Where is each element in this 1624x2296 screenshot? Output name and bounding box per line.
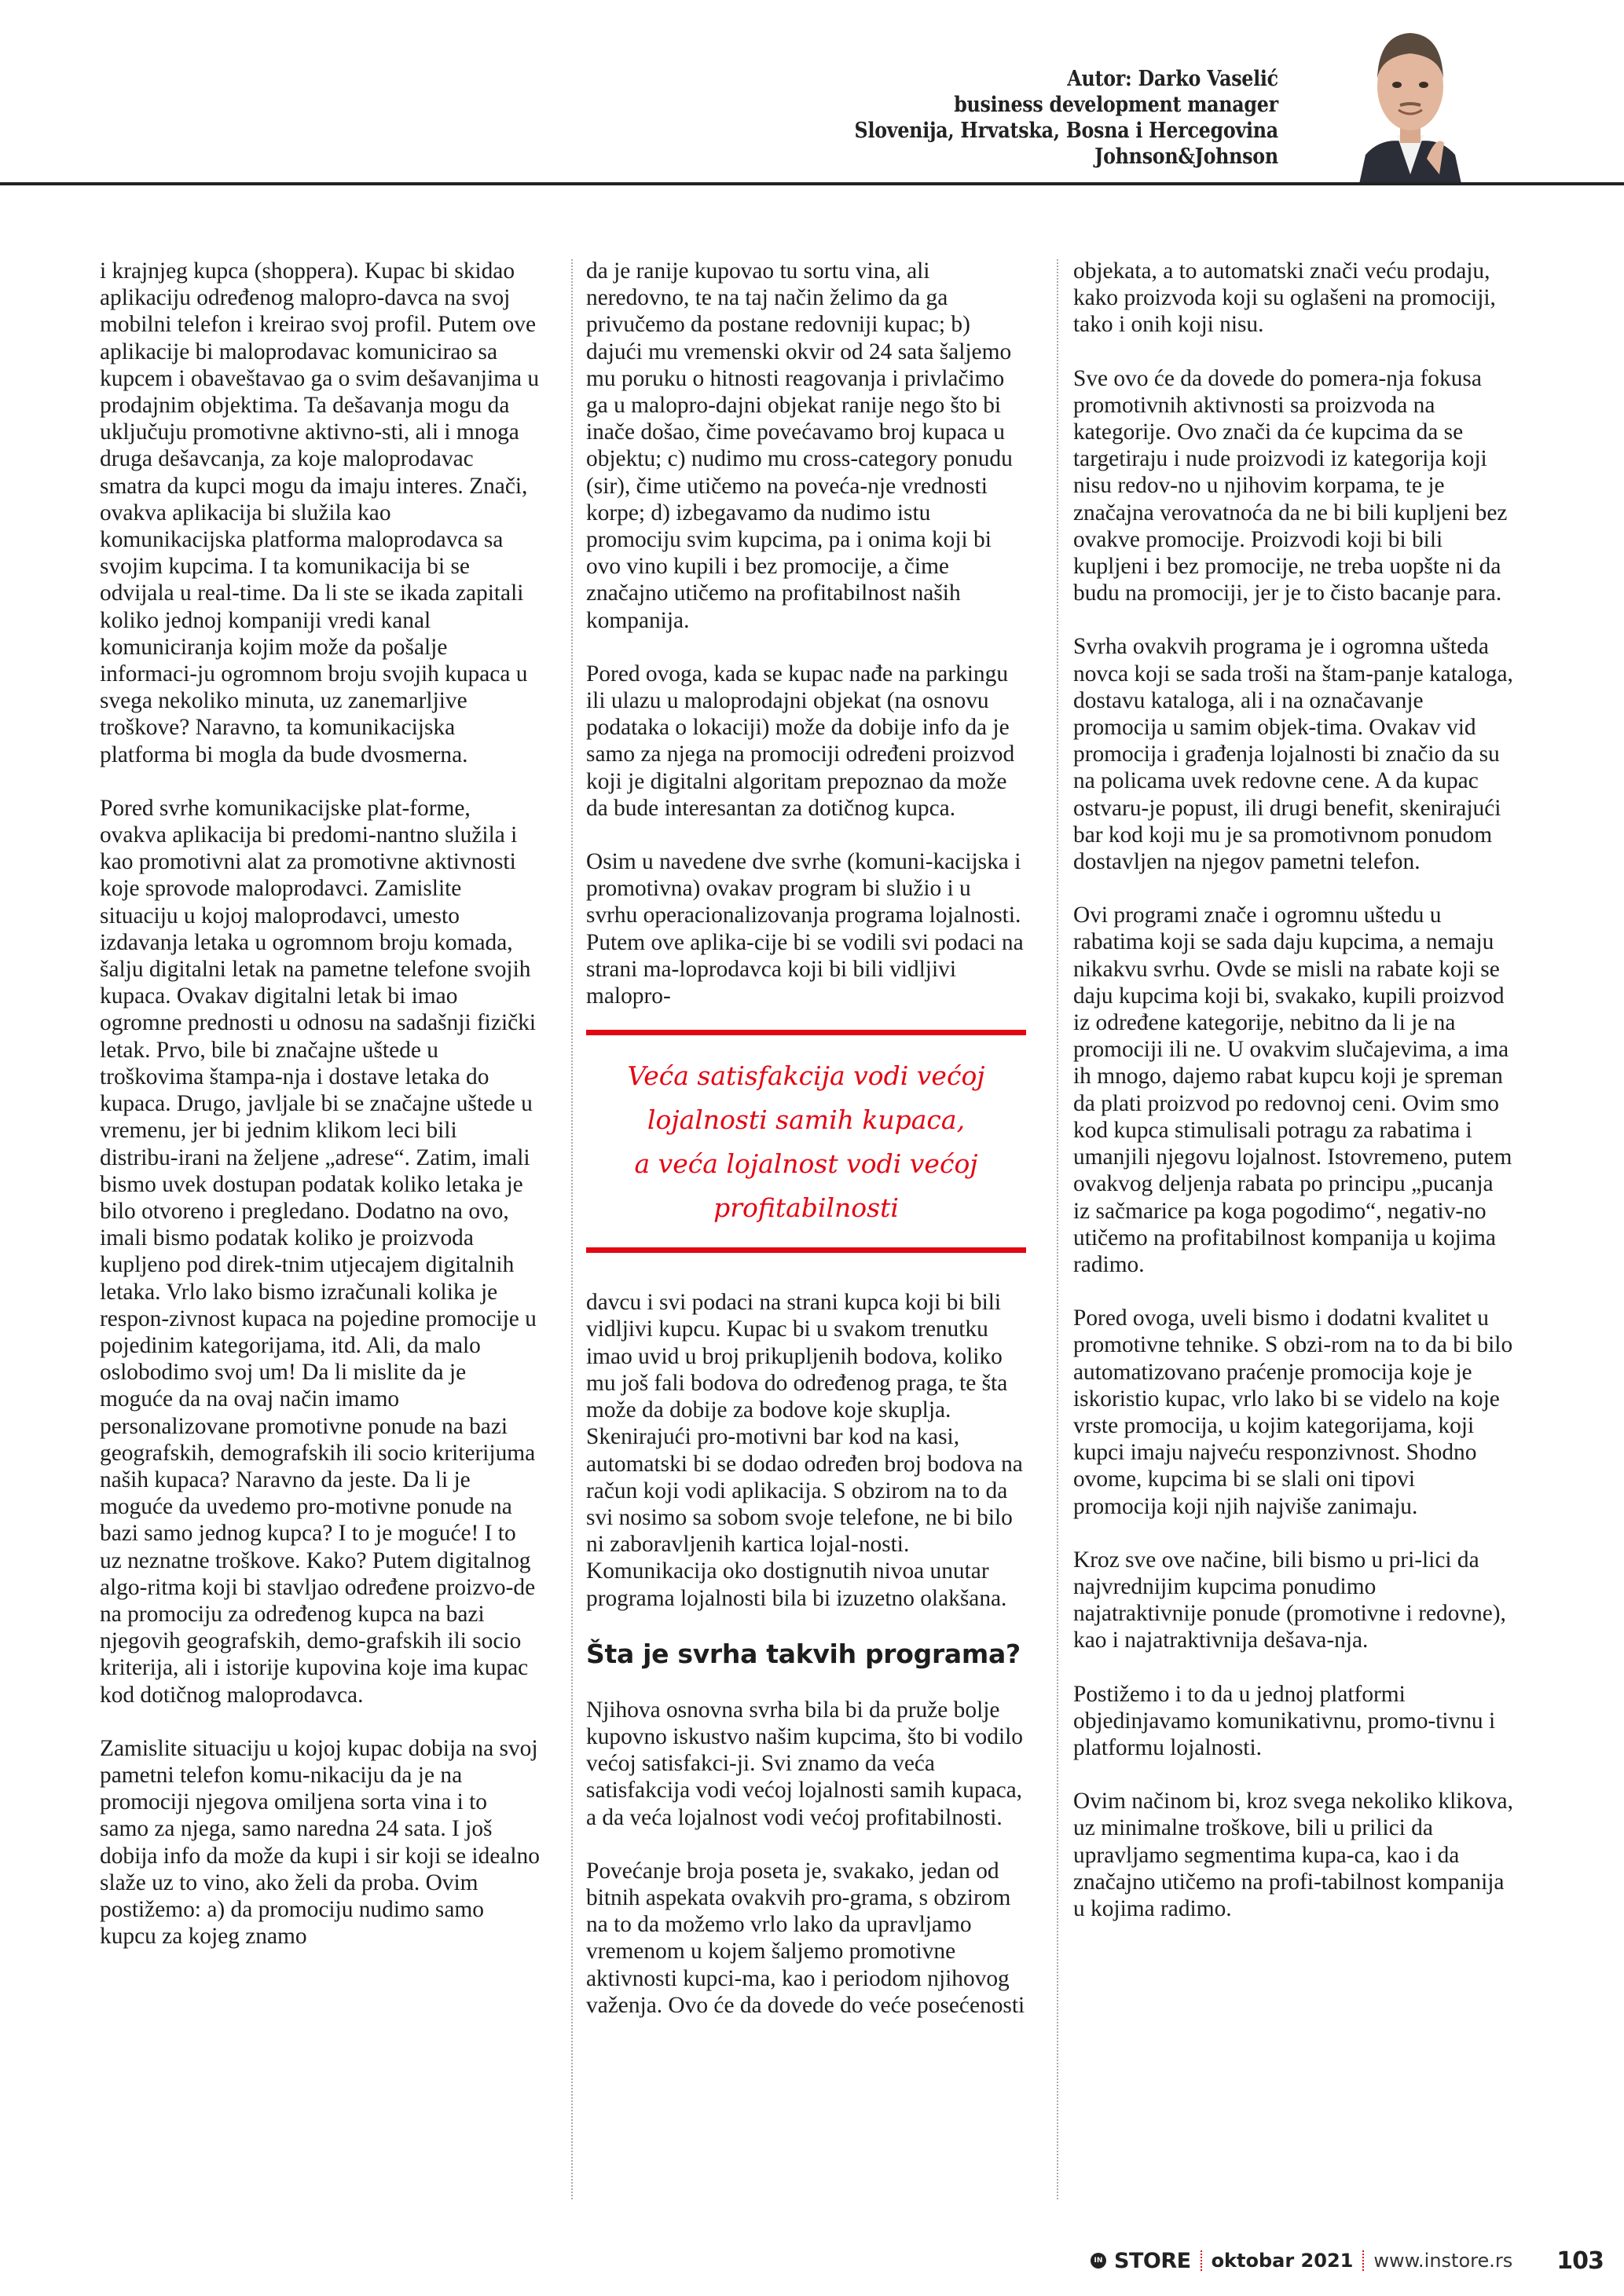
paragraph: davcu i svi podaci na strani kupca koji … bbox=[586, 1289, 1026, 1611]
author-company: Johnson&Johnson bbox=[855, 144, 1278, 170]
paragraph: Kroz sve ove načine, bili bismo u pri-li… bbox=[1073, 1547, 1513, 1654]
paragraph: Ovi programi znače i ogromnu uštedu u ra… bbox=[1073, 902, 1513, 1278]
column-divider bbox=[1057, 259, 1058, 2199]
header-divider bbox=[0, 182, 1624, 185]
article-column-1: i krajnjeg kupca (shoppera). Kupac bi sk… bbox=[100, 258, 540, 1976]
pull-quote: Veća satisfakcija vodi većoj lojalnosti … bbox=[586, 1030, 1026, 1253]
article-column-3: objekata, a to automatski znači veću pro… bbox=[1073, 258, 1513, 1949]
article-header: Autor: Darko Vaselić business developmen… bbox=[0, 0, 1624, 185]
paragraph: Postižemo i to da u jednoj platformi obj… bbox=[1073, 1681, 1513, 1762]
paragraph: Sve ovo će da dovede do pomera-nja fokus… bbox=[1073, 365, 1513, 607]
pull-quote-line: Veća satisfakcija vodi većoj bbox=[586, 1054, 1026, 1098]
author-region: Slovenija, Hrvatska, Bosna i Hercegovina bbox=[855, 118, 1278, 144]
footer-separator bbox=[1362, 2250, 1364, 2271]
paragraph: objekata, a to automatski znači veću pro… bbox=[1073, 258, 1513, 339]
footer-separator bbox=[1201, 2250, 1202, 2271]
issue-date: oktobar 2021 bbox=[1212, 2250, 1354, 2272]
paragraph: Zamislite situaciju u kojoj kupac dobija… bbox=[100, 1735, 540, 1950]
paragraph: da je ranije kupovao tu sortu vina, ali … bbox=[586, 258, 1026, 634]
pull-quote-line: lojalnosti samih kupaca, bbox=[586, 1098, 1026, 1142]
website-link[interactable]: www.instore.rs bbox=[1373, 2250, 1512, 2272]
instore-logo-icon: IN bbox=[1091, 2253, 1106, 2269]
pull-quote-line: a veća lojalnost vodi većoj bbox=[586, 1142, 1026, 1186]
paragraph: Njihova osnovna svrha bila bi da pruže b… bbox=[586, 1697, 1026, 1831]
page-number: 103 bbox=[1556, 2247, 1604, 2275]
paragraph: Pored ovoga, uveli bismo i dodatni kvali… bbox=[1073, 1305, 1513, 1520]
article-column-2: da je ranije kupovao tu sortu vina, ali … bbox=[586, 258, 1026, 2045]
paragraph: Osim u navedene dve svrhe (komuni-kacijs… bbox=[586, 848, 1026, 1009]
paragraph: Svrha ovakvih programa je i ogromna ušte… bbox=[1073, 633, 1513, 875]
paragraph: Povećanje broja poseta je, svakako, jeda… bbox=[586, 1858, 1026, 2019]
portrait-image-icon bbox=[1351, 17, 1469, 184]
author-portrait bbox=[1351, 17, 1469, 184]
author-name: Autor: Darko Vaselić bbox=[855, 66, 1278, 92]
author-byline: Autor: Darko Vaselić business developmen… bbox=[855, 66, 1278, 170]
paragraph: i krajnjeg kupca (shoppera). Kupac bi sk… bbox=[100, 258, 540, 768]
paragraph: Pored ovoga, kada se kupac nađe na parki… bbox=[586, 661, 1026, 822]
author-title: business development manager bbox=[855, 92, 1278, 118]
pull-quote-line: profitabilnosti bbox=[586, 1186, 1026, 1230]
paragraph: Pored svrhe komunikacijske plat-forme, o… bbox=[100, 795, 540, 1708]
section-heading: Šta je svrha takvih programa? bbox=[586, 1639, 1026, 1670]
column-divider bbox=[571, 259, 573, 2199]
page-footer: IN STORE oktobar 2021 www.instore.rs 103 bbox=[1091, 2245, 1604, 2276]
magazine-brand: STORE bbox=[1114, 2249, 1191, 2273]
paragraph: Ovim načinom bi, kroz svega nekoliko kli… bbox=[1073, 1788, 1513, 1922]
